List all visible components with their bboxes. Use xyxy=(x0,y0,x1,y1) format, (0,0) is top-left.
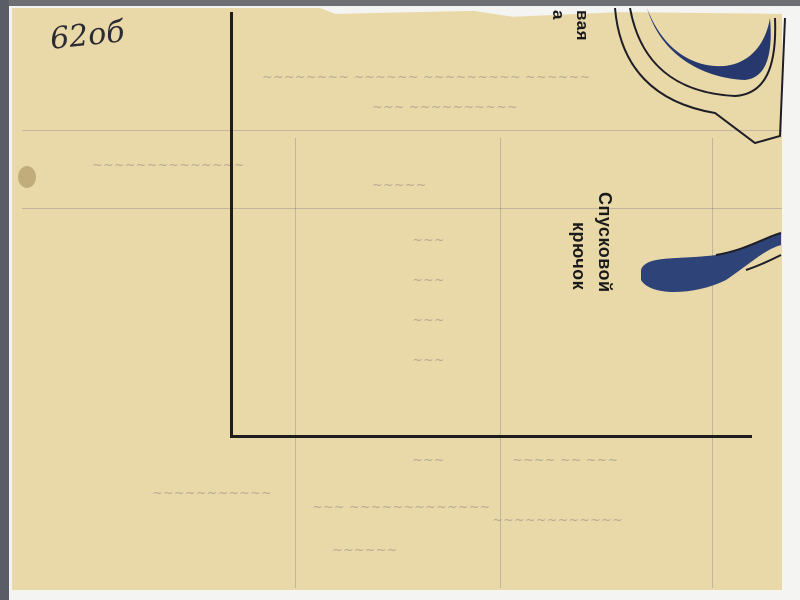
overlay-frame-vertical-line xyxy=(230,12,233,438)
faded-handwriting: ~~~ xyxy=(412,233,445,248)
trigger-hook-illustration-icon xyxy=(636,225,786,305)
faded-handwriting: ~~~ xyxy=(412,273,445,288)
overlay-label-line-1: Спусковой xyxy=(594,192,615,293)
paper-edge xyxy=(748,440,756,590)
faded-handwriting: ~~~~~~~~~~~~~~ xyxy=(92,158,245,173)
scan-top-edge xyxy=(0,0,800,6)
faded-handwriting: ~~~~ ~~ ~~~ xyxy=(512,453,618,468)
scan-left-edge xyxy=(0,0,9,600)
faded-handwriting: ~~~~~~ xyxy=(332,543,397,558)
overlay-label-line-2: крючок xyxy=(568,222,589,290)
overlay-label-fragment: вая xyxy=(572,10,592,41)
ruled-line xyxy=(22,208,782,209)
overlay-frame-horizontal-line xyxy=(230,435,752,438)
faded-handwriting: ~~~ xyxy=(412,353,445,368)
table-column-divider xyxy=(295,138,296,588)
faded-handwriting: ~~~~~ xyxy=(372,178,426,193)
paper-stain xyxy=(18,166,36,188)
faded-handwriting: ~~~~~~~~ ~~~~~~ ~~~~~~~~~ ~~~~~~ xyxy=(262,70,590,85)
overlay-label-fragment: а xyxy=(548,10,568,20)
faded-handwriting: ~~~~~~~~~~~ xyxy=(152,486,272,501)
table-column-divider xyxy=(712,138,713,588)
faded-handwriting: ~~~ xyxy=(412,313,445,328)
faded-handwriting: ~~~ xyxy=(412,453,445,468)
faded-handwriting: ~~~ ~~~~~~~~~~ xyxy=(372,100,518,115)
faded-handwriting: ~~~ ~~~~~~~~~~~~~ xyxy=(312,500,490,515)
trigger-guard-illustration-icon xyxy=(605,8,795,148)
faded-handwriting: ~~~~~~~~~~~~ xyxy=(492,513,623,528)
